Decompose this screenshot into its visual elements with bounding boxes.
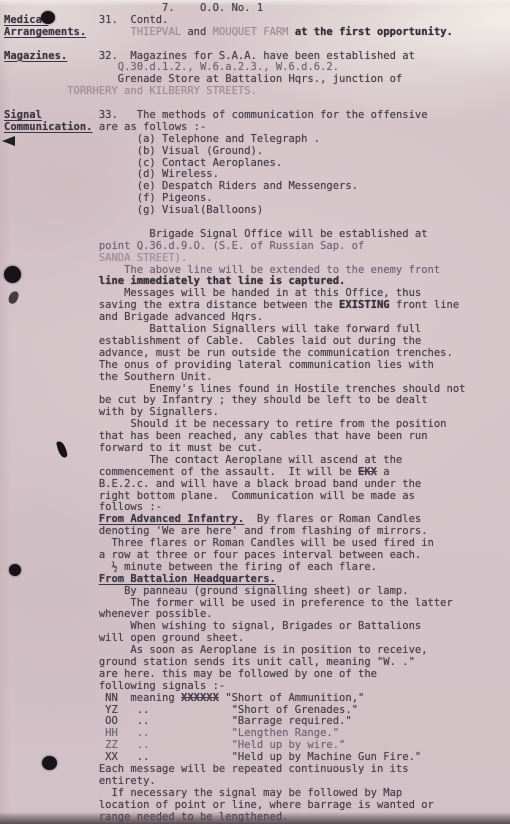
text-segment: As soon as Aeroplane is in position to r… (4, 644, 428, 656)
text-segment: forward to it must be cut. (4, 442, 263, 454)
text-segment: 32. Magazines for S.A.A. have been estab… (99, 50, 415, 62)
text-segment: (f) Pigeons. (4, 192, 213, 204)
text-segment: at the first opportunity. (289, 26, 453, 38)
text-segment: (a) Telephone and Telegraph . (4, 133, 320, 145)
text-segment: EKX (358, 466, 377, 478)
text-segment: line immediately that line is captured. (99, 275, 346, 287)
text-segment: establishment of Cable. Cables laid out … (4, 335, 421, 347)
text-segment: 31. Contd. (99, 14, 169, 26)
text-segment: whenever possible. (4, 608, 213, 620)
text-segment: are here. this may be followed by one of… (4, 668, 377, 680)
text-segment: B.E.2.c. and will have a black broad ban… (4, 478, 421, 490)
text-segment: with by Signallers. (4, 406, 219, 418)
text-segment: (c) Contact Aeroplanes. (4, 157, 282, 169)
text-segment: Magazines. (4, 50, 67, 62)
text-line: Arrangements. THIEPVAL and MOUQUET FARM … (4, 27, 465, 39)
text-segment: (d) Wireless. (4, 168, 219, 180)
text-segment: Q.30.d.1.2., W.6.a.2.3., W.6.d.6.2. (99, 61, 339, 73)
text-segment: The above line will be extended to the e… (4, 264, 440, 276)
hole-punch-mark-upper-left (4, 266, 21, 283)
text-segment: (g) Visual(Balloons) (4, 204, 263, 216)
text-segment: From Advanced Infantry. (99, 513, 244, 525)
text-segment (4, 61, 99, 73)
text-segment: Enemy's lines found in Hostile trenches … (4, 383, 465, 395)
text-segment: OO .. "Barrage required." (4, 715, 352, 727)
text-segment: ground station sends its unit call, mean… (4, 656, 415, 668)
text-segment: From Battalion Headquarters. (99, 573, 276, 585)
text-segment: saving the extra distance between the (4, 299, 339, 311)
text-segment (42, 109, 99, 121)
text-segment: MOUQUET FARM (213, 26, 289, 38)
document-text: 7. O.O. No. 1Medical 31. Contd.Arrangeme… (4, 3, 465, 823)
text-segment: YZ .. "Short of Grenades." (4, 704, 358, 716)
text-segment: Signal (4, 109, 42, 121)
text-segment: "Short of Ammunition," (219, 692, 364, 704)
text-segment: Arrangements. (4, 26, 86, 38)
text-segment: 33. The methods of communication for the… (99, 109, 428, 121)
text-segment: Grenade Store at Battalion Hqrs., juncti… (4, 73, 402, 85)
text-segment: location of point or line, where barrage… (4, 799, 434, 811)
text-segment: (e) Despatch Riders and Messengers. (4, 180, 358, 192)
text-segment: The former will be used in preference to… (4, 597, 453, 609)
text-segment: If necessary the signal may be followed … (4, 787, 402, 799)
text-segment: NN meaning (4, 692, 181, 704)
text-segment: XX .. "Held up by Machine Gun Fire." (4, 751, 421, 763)
text-segment: commencement of the assault. It will be (4, 466, 358, 478)
text-segment: and (181, 26, 213, 38)
text-segment: Messages will be handed in at this Offic… (4, 287, 421, 299)
text-segment: SANDA STREET). (99, 252, 188, 264)
text-segment: Communication. (4, 121, 93, 133)
text-segment: When wishing to signal, Brigades or Batt… (4, 620, 421, 632)
text-segment: Each message will be repeated continuous… (4, 763, 409, 775)
text-segment (48, 14, 99, 26)
text-segment (67, 50, 99, 62)
text-line: (g) Visual(Balloons) (4, 205, 465, 217)
text-segment: following signals :- (4, 680, 225, 692)
text-segment: and Brigade advanced Hqrs. (4, 311, 263, 323)
text-segment: THIEPVAL (130, 26, 181, 38)
text-segment: TORRHERY and KILBERRY STREETS. (67, 85, 257, 97)
arrow-mark-left-margin (2, 136, 15, 146)
text-segment: the Southern Unit. (4, 371, 213, 383)
text-segment (4, 85, 67, 97)
text-segment: right bottom plane. Communication will b… (4, 490, 415, 502)
text-segment: The onus of providing lateral communicat… (4, 359, 434, 371)
text-segment: (b) Visual (Ground). (4, 145, 263, 157)
text-segment (4, 513, 99, 525)
bottom-torn-edge (0, 812, 510, 824)
text-segment: HH .. "Lengthen Range." (4, 727, 339, 739)
scanned-document-page: 7. O.O. No. 1Medical 31. Contd.Arrangeme… (0, 0, 510, 824)
text-segment: a row at three or four paces interval be… (4, 549, 421, 561)
text-segment (86, 26, 130, 38)
hole-punch-mark-top (41, 11, 55, 24)
text-segment: denoting 'We are here' and from flashing… (4, 525, 428, 537)
text-segment: XXXXXX (181, 692, 219, 704)
hole-punch-mark-mid-left (9, 564, 21, 576)
text-line: TORRHERY and KILBERRY STREETS. (4, 86, 465, 98)
text-segment: By panneau (ground signalling sheet) or … (4, 585, 409, 597)
text-segment: entirety. (4, 775, 156, 787)
text-segment: advance, must be run outside the communi… (4, 347, 453, 359)
text-segment: are as follows :- (99, 121, 206, 133)
text-segment (4, 252, 99, 264)
text-segment: that has been reached, any cables that h… (4, 430, 428, 442)
text-segment: By flares or Roman Candles (244, 513, 421, 525)
text-segment: ZZ .. "Held up by wire." (4, 739, 345, 751)
text-segment: will open ground sheet. (4, 632, 244, 644)
text-segment: ½ minute between the firing of each flar… (4, 561, 377, 573)
text-segment: front line (390, 299, 460, 311)
text-segment: Brigade Signal Office will be establishe… (4, 228, 428, 240)
text-segment: a (377, 466, 390, 478)
text-segment: Three flares or Roman Candles will be us… (4, 537, 434, 549)
text-segment: follows :- (4, 501, 162, 513)
hole-punch-mark-bottom (42, 756, 57, 770)
text-segment: Battalion Signallers will take forward f… (4, 323, 421, 335)
text-segment: point Q.36.d.9.O. (S.E. of Russian Sap. … (4, 240, 364, 252)
text-segment: EXISTING (339, 299, 390, 311)
text-segment: be cut by Infantry ; they should be left… (4, 394, 428, 406)
text-segment: Should it be necessary to retire from th… (4, 418, 447, 430)
